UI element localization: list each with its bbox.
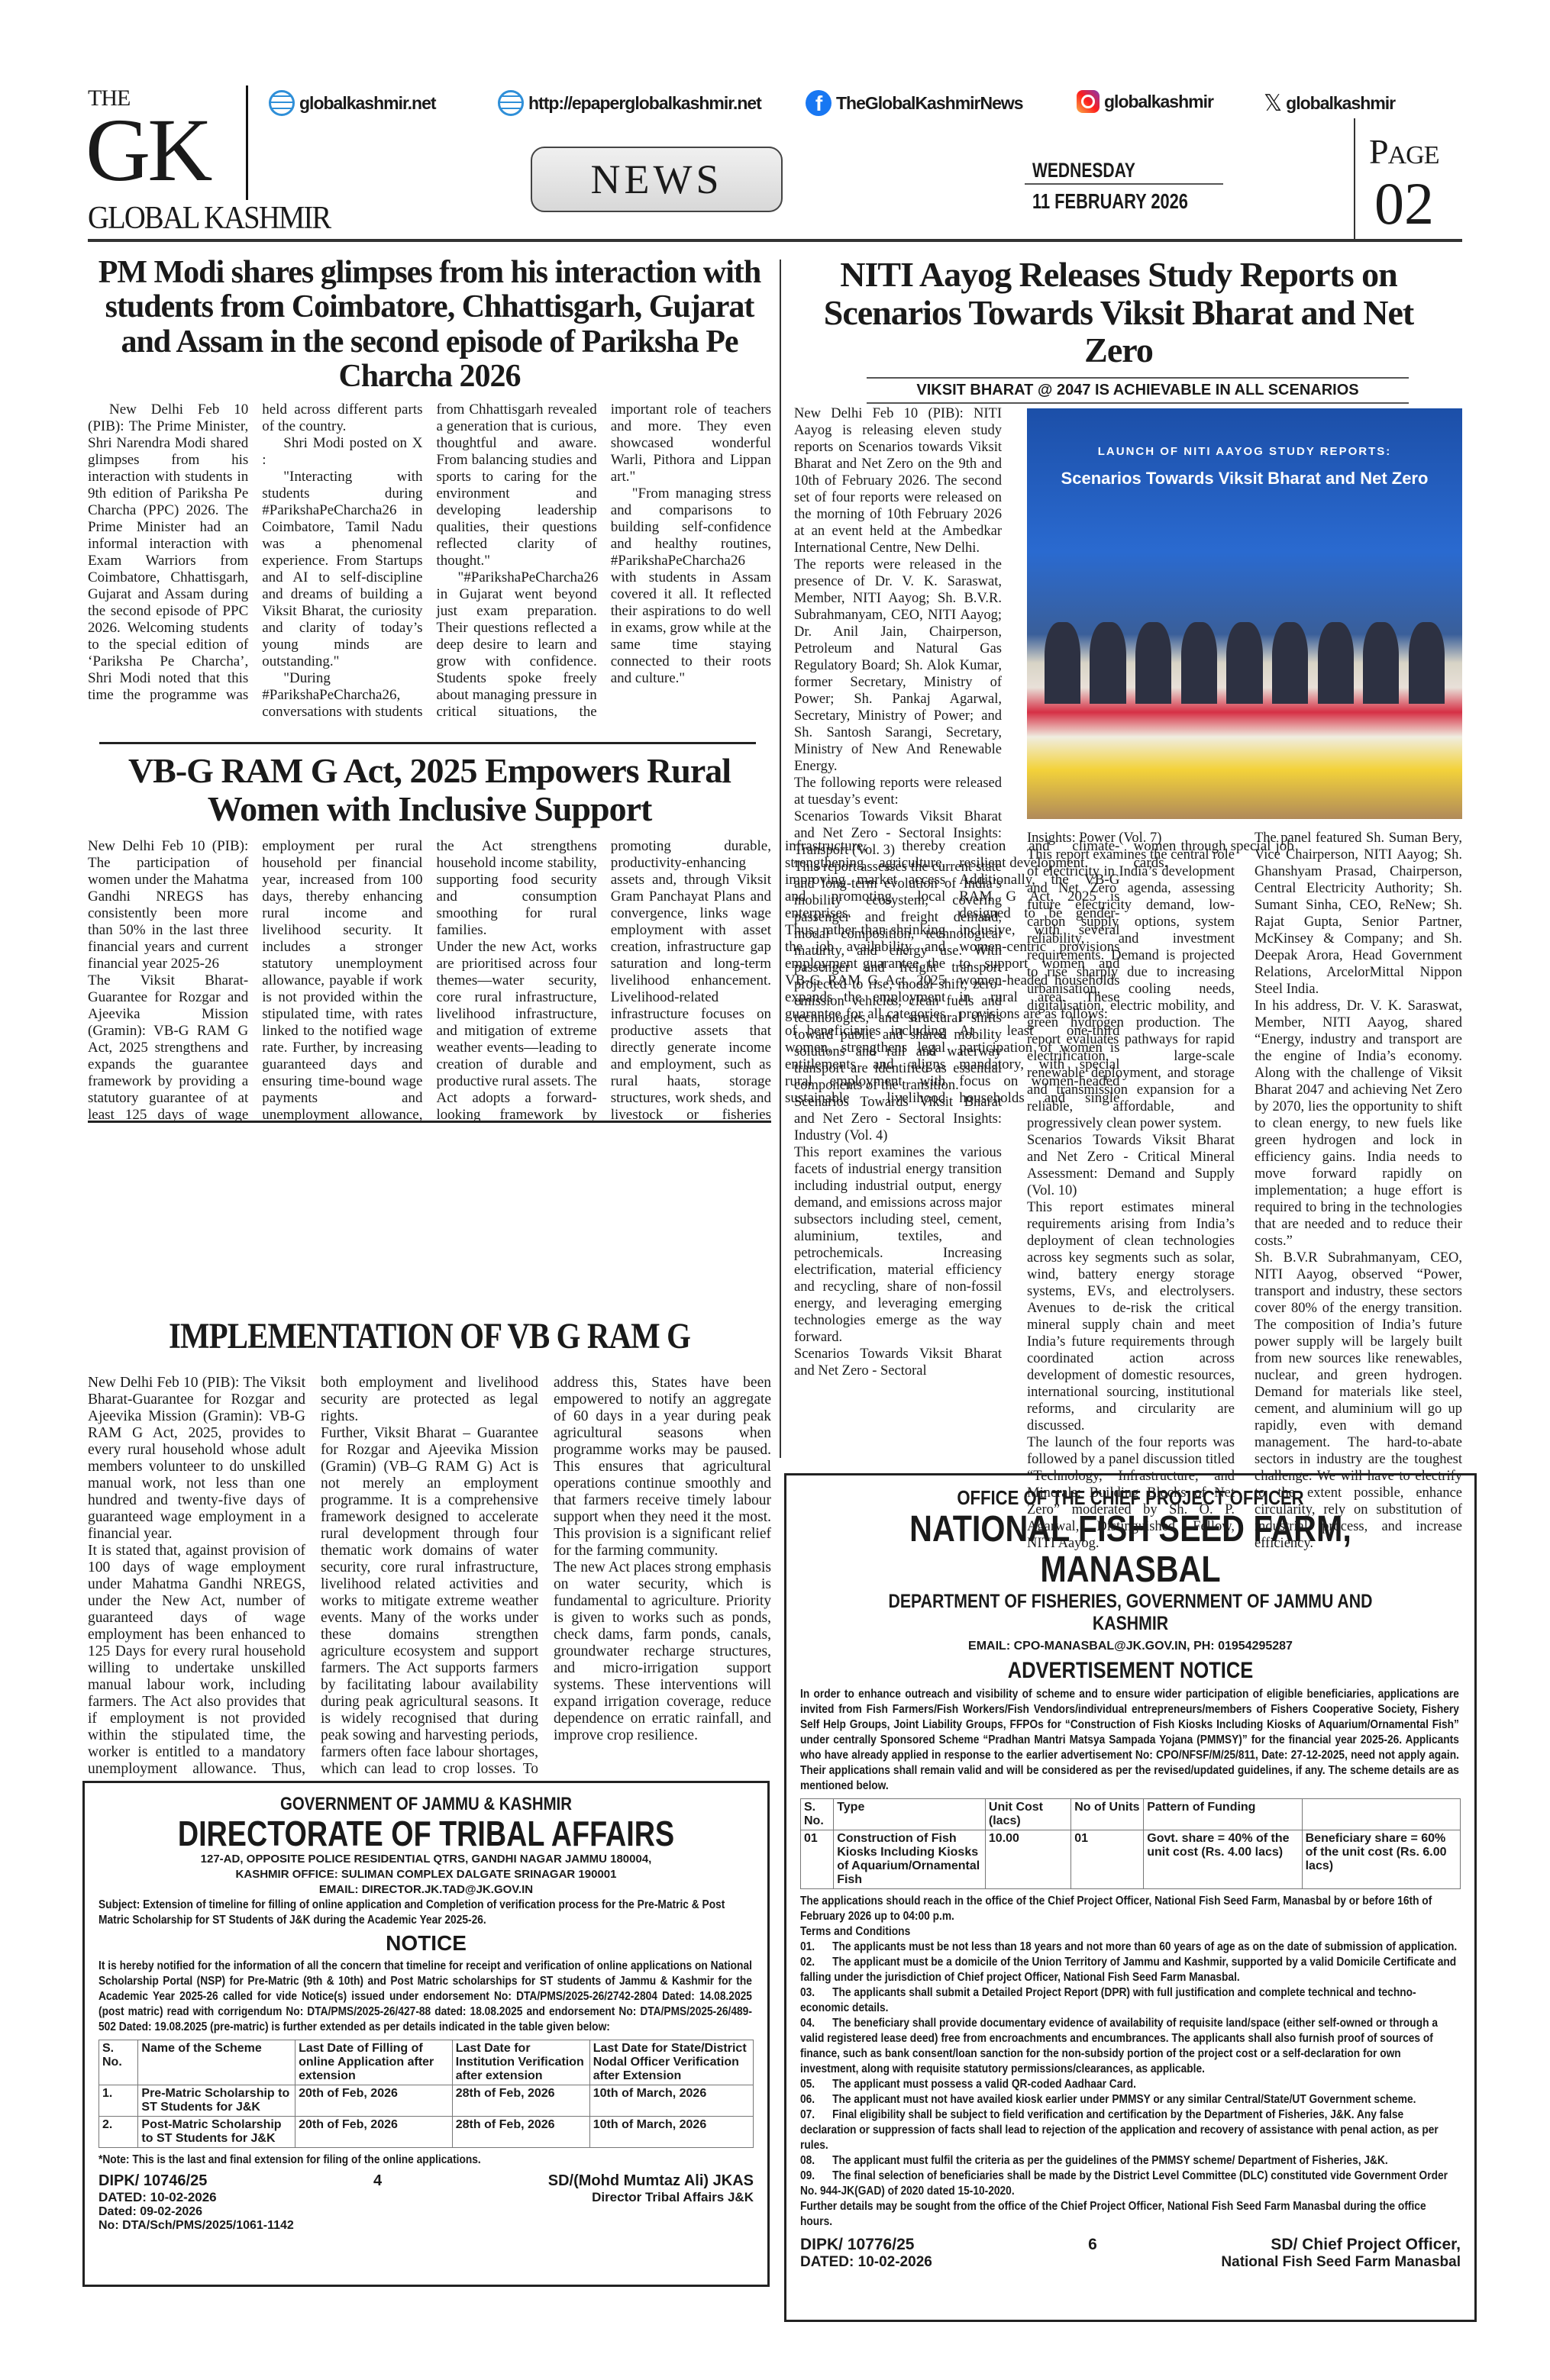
social-facebook-text: TheGlobalKashmirNews [836,93,1023,114]
signatory-title: National Fish Seed Farm Manasbal [1221,2254,1461,2271]
ad-contact: EMAIL: CPO-MANASBAL@JK.GOV.IN, PH: 01954… [800,1640,1461,1653]
social-epaper-text: http://epaperglobalkashmir.net [528,93,761,114]
paragraph: The reports were released in the presenc… [794,556,1002,775]
ad-signature-row: DIPK/ 10776/25 6 SD/ Chief Project Offic… [800,2236,1461,2254]
page-label: PAGE [1369,131,1439,172]
article-headline: NITI Aayog Releases Study Reports on Sce… [806,256,1432,369]
ad-signature-row-2: DATED: 10-02-2026 Director Tribal Affair… [98,2190,754,2205]
term-item: 08. The applicant must fulfil the criter… [800,2153,1459,2169]
article-headline: VB-G RAM G Act, 2025 Empowers Rural Wome… [88,752,771,827]
ad-email: EMAIL: DIRECTOR.JK.TAD@JK.GOV.IN [98,1882,754,1898]
social-x[interactable]: 𝕏 globalkashmir [1264,90,1395,117]
terms-list: 01. The applicants must be not less than… [800,1940,1461,2199]
article-body: New Delhi Feb 10 (PIB): The Prime Minist… [88,402,771,745]
date-divider [1025,183,1223,185]
masthead-name: GLOBAL KASHMIR [88,200,330,237]
paragraph: Shri Modi posted on X : [262,435,422,469]
notice-title: ADVERTISEMENT NOTICE [850,1658,1411,1684]
paragraph: Scenarios Towards Viksit Bharat and Net … [794,1094,1002,1144]
paragraph: New Delhi Feb 10 (PIB): The participatio… [88,838,248,972]
ad-address-2: KASHMIR OFFICE: SULIMAN COMPLEX DALGATE … [98,1867,754,1882]
notice-title: NOTICE [98,1931,754,1956]
paragraph: Scenarios Towards Viksit Bharat and Net … [1027,1132,1235,1199]
paragraph: Scenarios Towards Viksit Bharat and Net … [794,1346,1002,1379]
dipk-number: DIPK/ 10776/25 [800,2236,914,2254]
article-column-3: The panel featured Sh. Suman Bery, Vice … [1255,830,1462,1552]
ad-further-details: Further details may be sought from the o… [800,2199,1459,2230]
x-icon: 𝕏 [1264,90,1281,117]
ad-tribal-affairs: GOVERNMENT OF JAMMU & KASHMIR DIRECTORAT… [82,1781,770,2287]
article-column-2: Insights: Power (Vol. 7) This report exa… [1027,830,1235,1552]
ad-dated-2: Dated: 09-02-2026 [98,2205,754,2219]
term-item: 02. The applicant must be a domicile of … [800,1955,1459,1985]
term-item: 06. The applicant must not have availed … [800,2092,1459,2107]
article-vbg-ram-g: VB-G RAM G Act, 2025 Empowers Rural Wome… [88,752,771,1136]
article-niti-aayog: NITI Aayog Releases Study Reports on Sce… [790,256,1462,404]
masthead-logo: GK [86,105,209,195]
paragraph: This report examines the central role of… [1027,847,1235,1132]
paragraph: "Interacting with students during #Parik… [262,469,422,670]
paragraph: "From managing stress and comparisons to… [611,485,771,687]
article-body: New Delhi Feb 10 (PIB): The participatio… [88,838,771,1136]
article-pm-modi: PM Modi shares glimpses from his interac… [88,256,771,745]
signatory-name: SD/ Chief Project Officer, [1271,2236,1461,2254]
paragraph: In his address, Dr. V. K. Saraswat, Memb… [1255,998,1462,1250]
social-instagram[interactable]: globalkashmir [1077,90,1213,113]
paragraph: This report assesses the current state a… [794,859,1002,1094]
signatory-name: SD/(Mohd Mumtaz Ali) JKAS [548,2172,754,2190]
ad-reference: No: DTA/Sch/PMS/2025/1061-1142 [98,2219,754,2233]
term-item: 04. The beneficiary shall provide docume… [800,2016,1459,2077]
paragraph: The following reports were released at t… [794,775,1002,808]
signatory-title: Director Tribal Affairs J&K [592,2190,754,2205]
section-badge: NEWS [531,147,783,212]
social-website[interactable]: globalkashmir.net [269,90,436,116]
ad-signature-row-2: DATED: 10-02-2026 National Fish Seed Far… [800,2254,1461,2271]
table-row: 2.Post-Matric Scholarship to ST Students… [99,2117,754,2148]
social-facebook[interactable]: f TheGlobalKashmirNews [806,90,1023,116]
ad-deadline: The applications should reach in the off… [800,1894,1459,1924]
article-headline: IMPLEMENTATION OF VB G RAM G [139,1317,720,1356]
social-x-text: globalkashmir [1286,93,1395,114]
event-photo: LAUNCH OF NITI AAYOG STUDY REPORTS: Scen… [1027,408,1462,819]
photo-banner-line-1: LAUNCH OF NITI AAYOG STUDY REPORTS: [1027,445,1462,458]
table-row: 01Construction of Fish Kiosks Including … [801,1830,1461,1888]
ad-title: NATIONAL FISH SEED FARM, MANASBAL [847,1510,1415,1591]
social-instagram-text: globalkashmir [1104,92,1213,112]
globe-icon [269,90,295,116]
section-rule [88,1121,771,1123]
ad-count: 4 [373,2172,382,2190]
ad-address-1: 127-AD, OPPOSITE POLICE RESIDENTIAL QTRS… [98,1852,754,1867]
ad-government: GOVERNMENT OF JAMMU & KASHMIR [147,1794,704,1815]
notice-intro: In order to enhance outreach and visibil… [800,1687,1459,1794]
paragraph: Scenarios Towards Viksit Bharat and Net … [794,808,1002,859]
section-rule [99,742,756,744]
ad-title: DIRECTORATE OF TRIBAL AFFAIRS [157,1815,695,1852]
table-header-row: S. No. Name of the Scheme Last Date of F… [99,2040,754,2085]
ad-subject: Subject: Extension of timeline for filli… [98,1898,752,1928]
page-number: 02 [1374,174,1434,234]
issue-date: 11 FEBRUARY 2026 [1032,189,1188,214]
social-epaper[interactable]: http://epaperglobalkashmir.net [498,90,761,116]
instagram-icon [1077,90,1100,113]
paragraph: The panel featured Sh. Suman Bery, Vice … [1255,830,1462,998]
ad-office: OFFICE OF THE CHIEF PROJECT OFFICER [850,1486,1411,1510]
term-item: 07. Final eligibility shall be subject t… [800,2107,1459,2153]
paragraph: This report examines the various facets … [794,1144,1002,1346]
paragraph: New Delhi Feb 10 (PIB): The Viksit Bhara… [88,1375,305,1543]
article-subhead: VIKSIT BHARAT @ 2047 IS ACHIEVABLE IN AL… [867,377,1409,404]
photo-banner-line-2: Scenarios Towards Viksit Bharat and Net … [1027,469,1462,489]
article-implementation: IMPLEMENTATION OF VB G RAM G New Delhi F… [88,1317,771,1779]
table-header-row: S. No. Type Unit Cost (lacs) No of Units… [801,1798,1461,1830]
social-website-text: globalkashmir.net [299,93,436,114]
page-divider [1354,118,1355,240]
ad-dated: DATED: 10-02-2026 [800,2254,932,2271]
term-item: 01. The applicants must be not less than… [800,1940,1459,1955]
term-item: 05. The applicant must possess a valid Q… [800,2077,1459,2092]
paragraph: This report estimates mineral requiremen… [1027,1199,1235,1434]
term-item: 03. The applicants shall submit a Detail… [800,1985,1459,2016]
ad-signature-row: DIPK/ 10746/25 4 SD/(Mohd Mumtaz Ali) JK… [98,2172,754,2190]
ad-note: *Note: This is the last and final extens… [98,2153,752,2168]
ad-fish-seed-farm: OFFICE OF THE CHIEF PROJECT OFFICER NATI… [784,1473,1477,2322]
term-item: 09. The final selection of beneficiaries… [800,2169,1459,2199]
ad-count: 6 [1088,2236,1097,2254]
ad-department: DEPARTMENT OF FISHERIES, GOVERNMENT OF J… [850,1591,1411,1635]
article-headline: PM Modi shares glimpses from his interac… [88,256,771,394]
table-row: 1.Pre-Matric Scholarship to ST Students … [99,2085,754,2117]
ad-dated: DATED: 10-02-2026 [98,2190,217,2205]
issue-day: WEDNESDAY [1032,159,1135,182]
paragraph: The new Act places strong emphasis on wa… [554,1559,771,1744]
globe-icon [498,90,524,116]
photo-people [1045,622,1445,705]
scholarship-table: S. No. Name of the Scheme Last Date of F… [98,2040,754,2148]
masthead-divider [246,85,248,200]
notice-body: It is hereby notified for the informatio… [98,1959,752,2035]
article-column-1: New Delhi Feb 10 (PIB): NITI Aayog is re… [794,405,1002,1379]
terms-title: Terms and Conditions [800,1924,1459,1940]
scheme-table: S. No. Type Unit Cost (lacs) No of Units… [800,1798,1461,1889]
paragraph: Insights: Power (Vol. 7) [1027,830,1235,847]
column-divider [780,260,781,1458]
facebook-icon: f [806,90,832,116]
masthead-rule [88,239,1462,242]
dipk-number: DIPK/ 10746/25 [98,2172,207,2190]
paragraph: New Delhi Feb 10 (PIB): NITI Aayog is re… [794,405,1002,556]
article-body: New Delhi Feb 10 (PIB): The Viksit Bhara… [88,1375,771,1779]
